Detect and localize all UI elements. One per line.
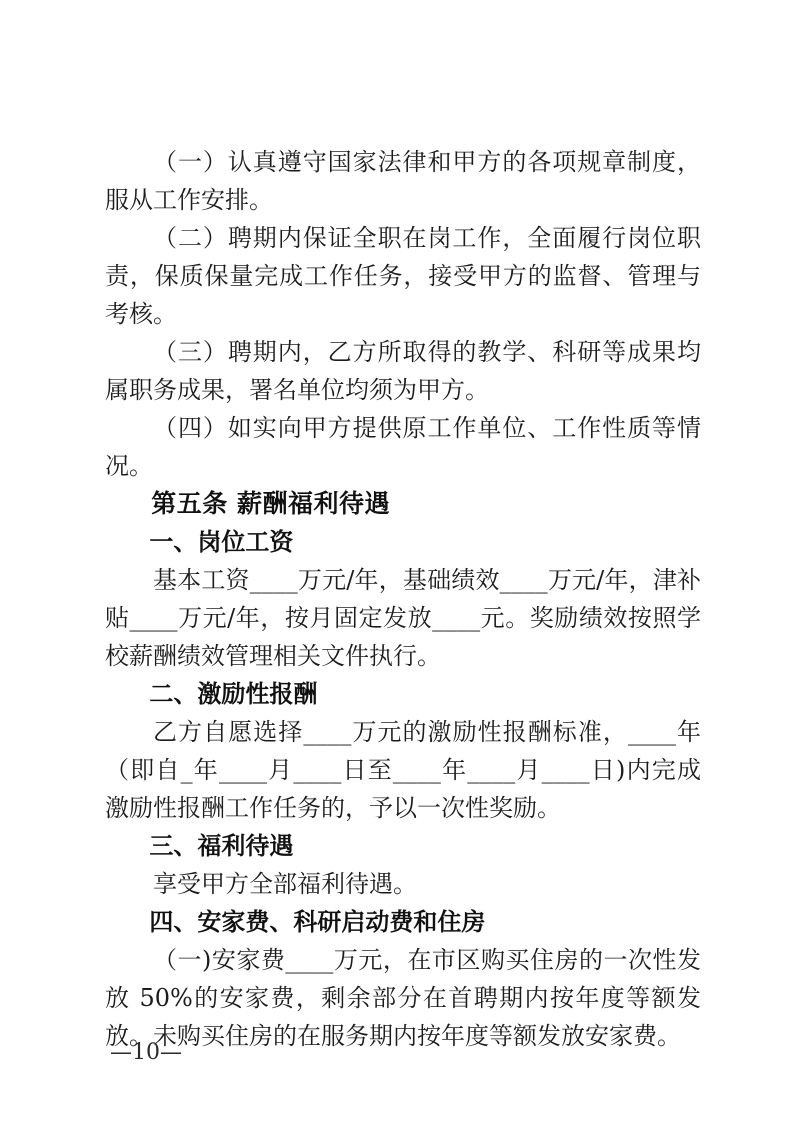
document-content: （一）认真遵守国家法律和甲方的各项规章制度，服从工作安排。（二）聘期内保证全职在… [105,143,701,1055]
document-page: （一）认真遵守国家法律和甲方的各项规章制度，服从工作安排。（二）聘期内保证全职在… [0,0,793,1122]
paragraph: （三）聘期内，乙方所取得的教学、科研等成果均属职务成果，署名单位均须为甲方。 [105,333,701,409]
sub-heading: 一、岗位工资 [105,523,701,561]
paragraph: （一）认真遵守国家法律和甲方的各项规章制度，服从工作安排。 [105,143,701,219]
sub-heading: 二、激励性报酬 [105,675,701,713]
paragraph: （一)安家费____万元，在市区购买住房的一次性发放 50%的安家费，剩余部分在… [105,941,701,1055]
paragraph: 基本工资____万元/年，基础绩效____万元/年，津补贴____万元/年，按月… [105,561,701,675]
paragraph: （二）聘期内保证全职在岗工作，全面履行岗位职责，保质保量完成工作任务，接受甲方的… [105,219,701,333]
section-heading: 第五条 薪酬福利待遇 [105,485,701,523]
paragraph: （四）如实向甲方提供原工作单位、工作性质等情况。 [105,409,701,485]
paragraph: 乙方自愿选择____万元的激励性报酬标准，____年（即自_年____月____… [105,713,701,827]
page-number: —10— [110,1040,182,1066]
paragraph: 享受甲方全部福利待遇。 [105,865,701,903]
sub-heading: 三、福利待遇 [105,827,701,865]
sub-heading: 四、安家费、科研启动费和住房 [105,903,701,941]
